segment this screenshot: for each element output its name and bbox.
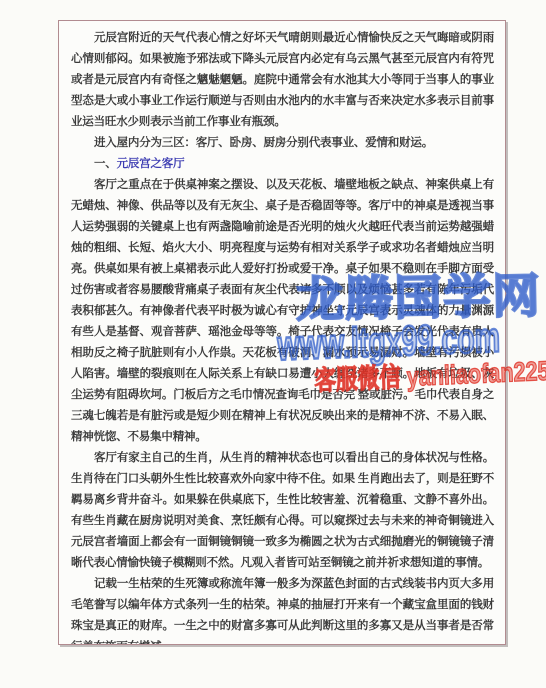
paragraph-living-room-details: 客厅之重点在于供桌神案之摆设、以及天花板、墙壁地板之缺点、神案供桌上有无蜡烛、神…	[71, 175, 494, 448]
paragraph-life-ledger: 记载一生枯荣的生死簿或称流年簿一般多为深蓝色封面的古式线装书内页大多用毛笔誊写以…	[71, 574, 494, 645]
paragraph-weather: 元辰宫附近的天气代表心情之好坏天气晴朗则最近心情愉快反之天气晦暗或阴雨心情则郁闷…	[71, 28, 494, 133]
paragraph-zodiac-mirror: 客厅有家主自己的生肖，从生肖的精神状态也可以看出自己的身体状况与性格。生肖待在门…	[71, 448, 494, 574]
paragraph-three-zones: 进入屋内分为三区：客厅、卧房、厨房分别代表事业、爱情和财运。	[71, 133, 494, 154]
section-heading-living-room: 一、元辰宫之客厅	[71, 154, 494, 175]
scan-page-edge	[0, 0, 14, 688]
scanned-document-screenshot: { "colors": { "body-text": "#3a3a3a", "h…	[0, 0, 546, 688]
heading-number: 一、	[94, 158, 117, 170]
document-content-box: 元辰宫附近的天气代表心情之好坏天气晴朗则最近心情愉快反之天气晦暗或阴雨心情则郁闷…	[58, 20, 506, 645]
heading-label: 元辰宫之客厅	[117, 158, 185, 170]
